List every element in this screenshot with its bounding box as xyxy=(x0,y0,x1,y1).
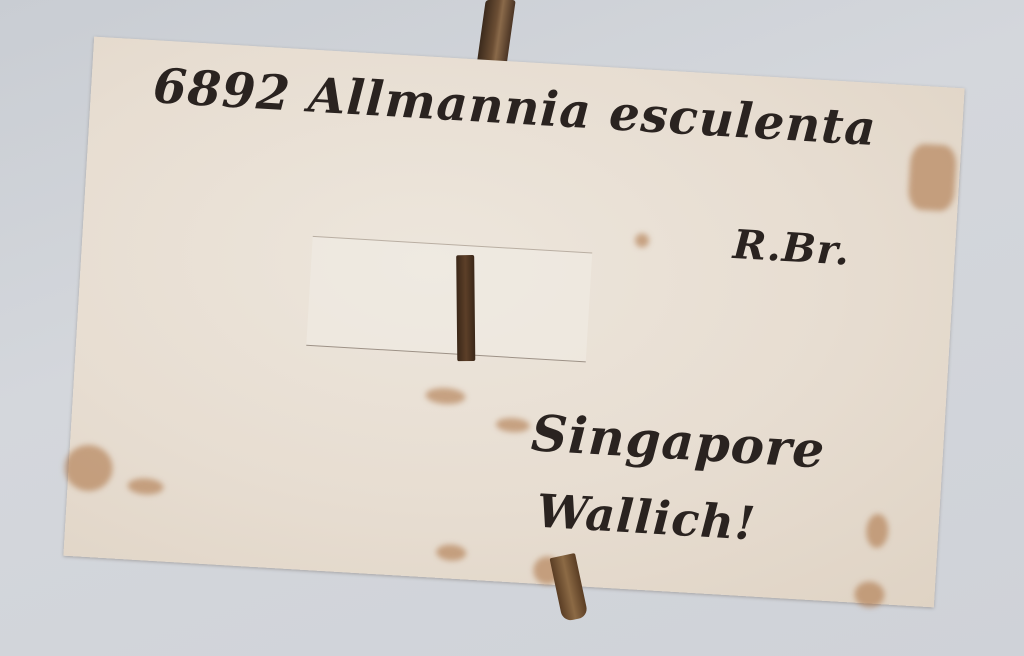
stain xyxy=(436,544,467,562)
stain xyxy=(907,143,957,212)
stain xyxy=(127,477,164,495)
plant-stem-under-strap xyxy=(456,255,475,361)
locality: Singapore xyxy=(530,403,827,479)
paper-strap xyxy=(306,236,592,362)
stain xyxy=(865,513,889,548)
author-abbreviation: R.Br. xyxy=(732,221,852,275)
herbarium-label: 6892 Allmannia esculenta R.Br. Singapore… xyxy=(63,37,964,608)
collector: Wallich! xyxy=(535,484,757,551)
stain xyxy=(425,387,466,405)
stain xyxy=(63,444,114,493)
stain xyxy=(495,417,530,433)
stain xyxy=(635,233,650,248)
